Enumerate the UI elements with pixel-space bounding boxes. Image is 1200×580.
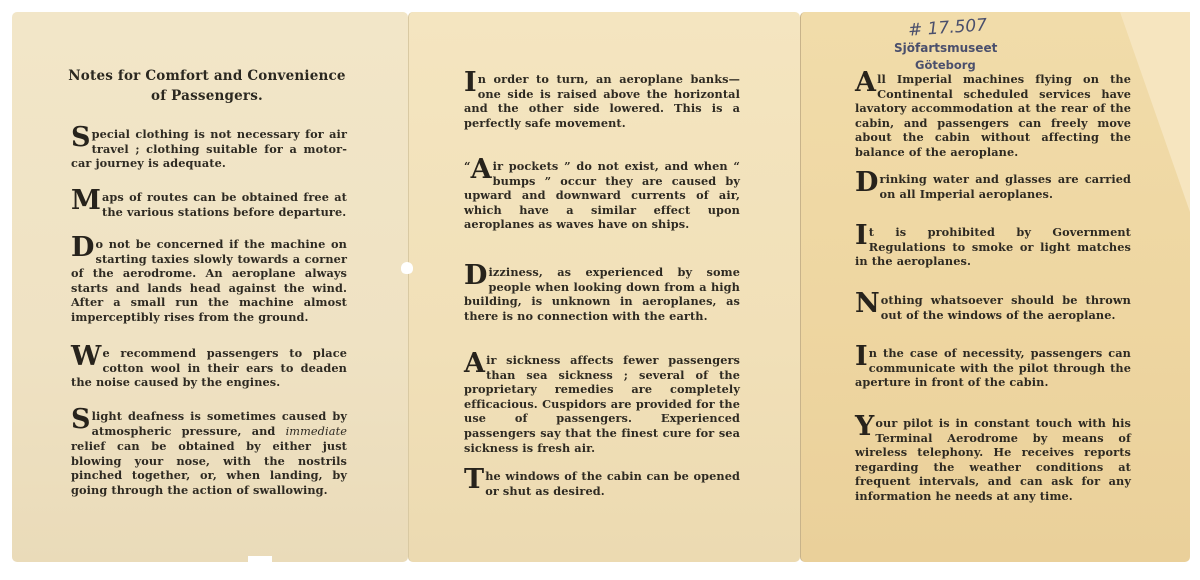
paragraph-dizziness: Dizziness, as experienced by some people… bbox=[464, 265, 740, 323]
drop-cap: T bbox=[464, 469, 484, 491]
drop-cap: D bbox=[464, 265, 488, 287]
paragraph-banking: In order to turn, an aeroplane banks—one… bbox=[464, 72, 740, 130]
paragraph-taxi: Do not be concerned if the machine on st… bbox=[71, 237, 347, 325]
paragraph-text: t is prohibited by Government Regulation… bbox=[855, 225, 1131, 268]
paragraph-text: ll Imperial machines flying on the Conti… bbox=[855, 72, 1131, 159]
paragraph-pilot-telephony: Your pilot is in constant touch with his… bbox=[855, 416, 1131, 504]
paragraph-maps: Maps of routes can be obtained free at t… bbox=[71, 190, 347, 219]
title-line-2: of Passengers. bbox=[62, 86, 352, 106]
paragraph-text: he windows of the cabin can be opened or… bbox=[485, 469, 740, 498]
paragraph-text: n order to turn, an aeroplane banks—one … bbox=[464, 72, 740, 130]
museum-city-stamp: Göteborg bbox=[915, 58, 976, 72]
drop-cap: S bbox=[71, 409, 91, 431]
paragraph-communication: In the case of necessity, passengers can… bbox=[855, 346, 1131, 390]
paragraph-text: our pilot is in constant touch with his … bbox=[855, 416, 1131, 503]
drop-cap: I bbox=[464, 72, 477, 94]
edge-notch bbox=[248, 556, 272, 564]
drop-cap: Y bbox=[855, 416, 874, 438]
emphasis-text: immediate bbox=[286, 425, 347, 438]
paragraph-cotton-wool: We recommend passengers to place cotton … bbox=[71, 346, 347, 390]
paragraph-throwing: Nothing whatsoever should be thrown out … bbox=[855, 293, 1131, 322]
paragraph-deafness: Slight deafness is sometimes caused by a… bbox=[71, 409, 347, 498]
paragraph-text: rinking water and glasses are carried on… bbox=[880, 172, 1131, 201]
drop-cap: S bbox=[71, 127, 91, 149]
paragraph-text: izziness, as experienced by some people … bbox=[464, 265, 740, 323]
drop-cap: I bbox=[855, 225, 868, 247]
drop-cap: D bbox=[71, 237, 95, 259]
drop-cap: W bbox=[71, 346, 101, 368]
paragraph-air-pockets: “ Air pockets ” do not exist, and when “… bbox=[464, 159, 740, 232]
paragraph-text: ir pockets ” do not exist, and when “ bu… bbox=[464, 159, 740, 231]
drop-cap: A bbox=[855, 72, 876, 94]
paragraph-text: o not be concerned if the machine on sta… bbox=[71, 237, 347, 324]
paragraph-text: pecial clothing is not necessary for air… bbox=[71, 127, 347, 170]
paragraph-text: ir sickness affects fewer passengers tha… bbox=[464, 353, 740, 455]
punch-hole bbox=[401, 262, 413, 274]
drop-cap: N bbox=[855, 293, 880, 315]
paragraph-smoking: It is prohibited by Government Regulatio… bbox=[855, 225, 1131, 269]
drop-cap: M bbox=[71, 190, 101, 212]
drop-cap: D bbox=[855, 172, 879, 194]
paragraph-lavatory: All Imperial machines flying on the Cont… bbox=[855, 72, 1131, 160]
paragraph-drinking-water: Drinking water and glasses are carried o… bbox=[855, 172, 1131, 201]
paragraph-text: aps of routes can be obtained free at th… bbox=[102, 190, 347, 219]
paragraph-text: n the case of necessity, passengers can … bbox=[855, 346, 1131, 389]
drop-cap: I bbox=[855, 346, 868, 368]
paragraph-text: othing whatsoever should be thrown out o… bbox=[881, 293, 1131, 322]
paragraph-air-sickness: Air sickness affects fewer passengers th… bbox=[464, 353, 740, 455]
opening-quote: “ bbox=[464, 159, 471, 173]
paragraph-windows: The windows of the cabin can be opened o… bbox=[464, 469, 740, 498]
document-title: Notes for Comfort and Convenience of Pas… bbox=[62, 66, 352, 106]
drop-cap: A bbox=[464, 353, 485, 375]
museum-stamp: Sjöfartsmuseet bbox=[894, 41, 997, 55]
drop-cap: A bbox=[471, 159, 492, 181]
paragraph-text: e recommend passengers to place cotton w… bbox=[71, 346, 347, 389]
paragraph-text: relief can be obtained by either just bl… bbox=[71, 439, 347, 497]
title-line-1: Notes for Comfort and Convenience bbox=[62, 66, 352, 86]
paragraph-clothing: Special clothing is not necessary for ai… bbox=[71, 127, 347, 171]
